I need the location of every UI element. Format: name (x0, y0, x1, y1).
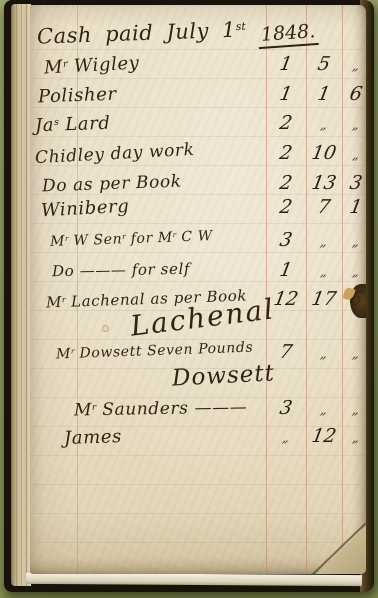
entry-shillings: 10 (305, 142, 343, 164)
entry-pence: „ (341, 403, 366, 418)
ledger-row: Mr W Senr for Mr C W 3 „ „ (30, 231, 366, 257)
entry-shillings: 13 (305, 172, 343, 194)
entry-description: Jas Lard (35, 113, 111, 137)
ledger-row: Mr Saunders ——— 3 „ „ (30, 399, 366, 425)
entry-pence: 6 (341, 83, 366, 105)
header-title: Cash paid July 1st (37, 17, 247, 48)
entry-shillings: „ (305, 347, 343, 362)
entry-shillings: „ (305, 265, 343, 280)
entry-pounds: 2 (265, 196, 307, 218)
entry-pounds: 1 (265, 53, 307, 75)
entry-pounds: 2 (265, 172, 307, 194)
entry-description: Do ——— for self (52, 260, 190, 280)
ledger-row: Winiberg 2 7 1 (30, 198, 366, 224)
entry-description: Do as per Book (42, 172, 182, 197)
entry-pounds: 3 (265, 229, 307, 251)
entry-shillings: „ (305, 403, 343, 418)
page-stack-edge (11, 4, 31, 586)
entry-description: James (64, 426, 123, 449)
entry-pence: „ (341, 118, 366, 133)
entry-shillings: 7 (305, 196, 343, 218)
ledger-row: Jas Lard 2 „ „ (30, 114, 366, 140)
entry-description: Mr Wigley (44, 53, 140, 79)
entry-shillings: „ (305, 235, 343, 250)
entry-pounds: „ (265, 431, 307, 446)
entry-pence: „ (341, 235, 366, 250)
entry-shillings: 1 (305, 83, 343, 105)
page-fore-edge (26, 573, 362, 586)
entry-description: Mr Saunders ——— (74, 397, 248, 420)
entry-description: Polisher (38, 84, 117, 108)
entry-pounds: 3 (265, 397, 307, 419)
ledger-row: Polisher 1 1 6 (30, 85, 366, 111)
entry-description: Winiberg (41, 196, 130, 222)
entry-pence: „ (341, 265, 366, 280)
entry-shillings: 12 (305, 425, 343, 447)
entry-pence: „ (341, 431, 366, 446)
entry-shillings: „ (305, 118, 343, 133)
entry-pence: „ (341, 59, 366, 74)
entry-pence: 3 (341, 172, 366, 194)
entry-description: Mr Dowsett Seven Pounds (56, 340, 254, 363)
entry-pence: 1 (341, 196, 366, 218)
ink-stain (102, 325, 109, 332)
ledger-page: Cash paid July 1st 1848. Mr Wigley 1 5 „… (30, 5, 366, 574)
ledger-row: James „ 12 „ (30, 427, 366, 453)
entry-pounds: 2 (265, 112, 307, 134)
entry-shillings: 5 (305, 53, 343, 75)
annotation-dowsett: Dowsett (171, 360, 275, 391)
entry-description: Mr W Senr for Mr C W (50, 228, 213, 250)
ledger-row: Chidley day work 2 10 „ (30, 144, 366, 170)
entry-pence: „ (341, 347, 366, 362)
header-year: 1848. (257, 20, 319, 49)
ledger-row: Mr Wigley 1 5 „ (30, 55, 366, 81)
ledger-row: Do ——— for self 1 „ „ (30, 261, 366, 287)
entry-shillings: 17 (305, 288, 343, 310)
entry-pence: „ (341, 148, 366, 163)
entry-description: Chidley day work (35, 140, 195, 168)
entry-pounds: 1 (265, 83, 307, 105)
entry-pounds: 1 (265, 259, 307, 281)
photo-backdrop: Cash paid July 1st 1848. Mr Wigley 1 5 „… (0, 0, 378, 598)
entry-pounds: 2 (265, 142, 307, 164)
page-header: Cash paid July 1st 1848. (30, 19, 366, 53)
ledger-book: Cash paid July 1st 1848. Mr Wigley 1 5 „… (4, 0, 374, 592)
